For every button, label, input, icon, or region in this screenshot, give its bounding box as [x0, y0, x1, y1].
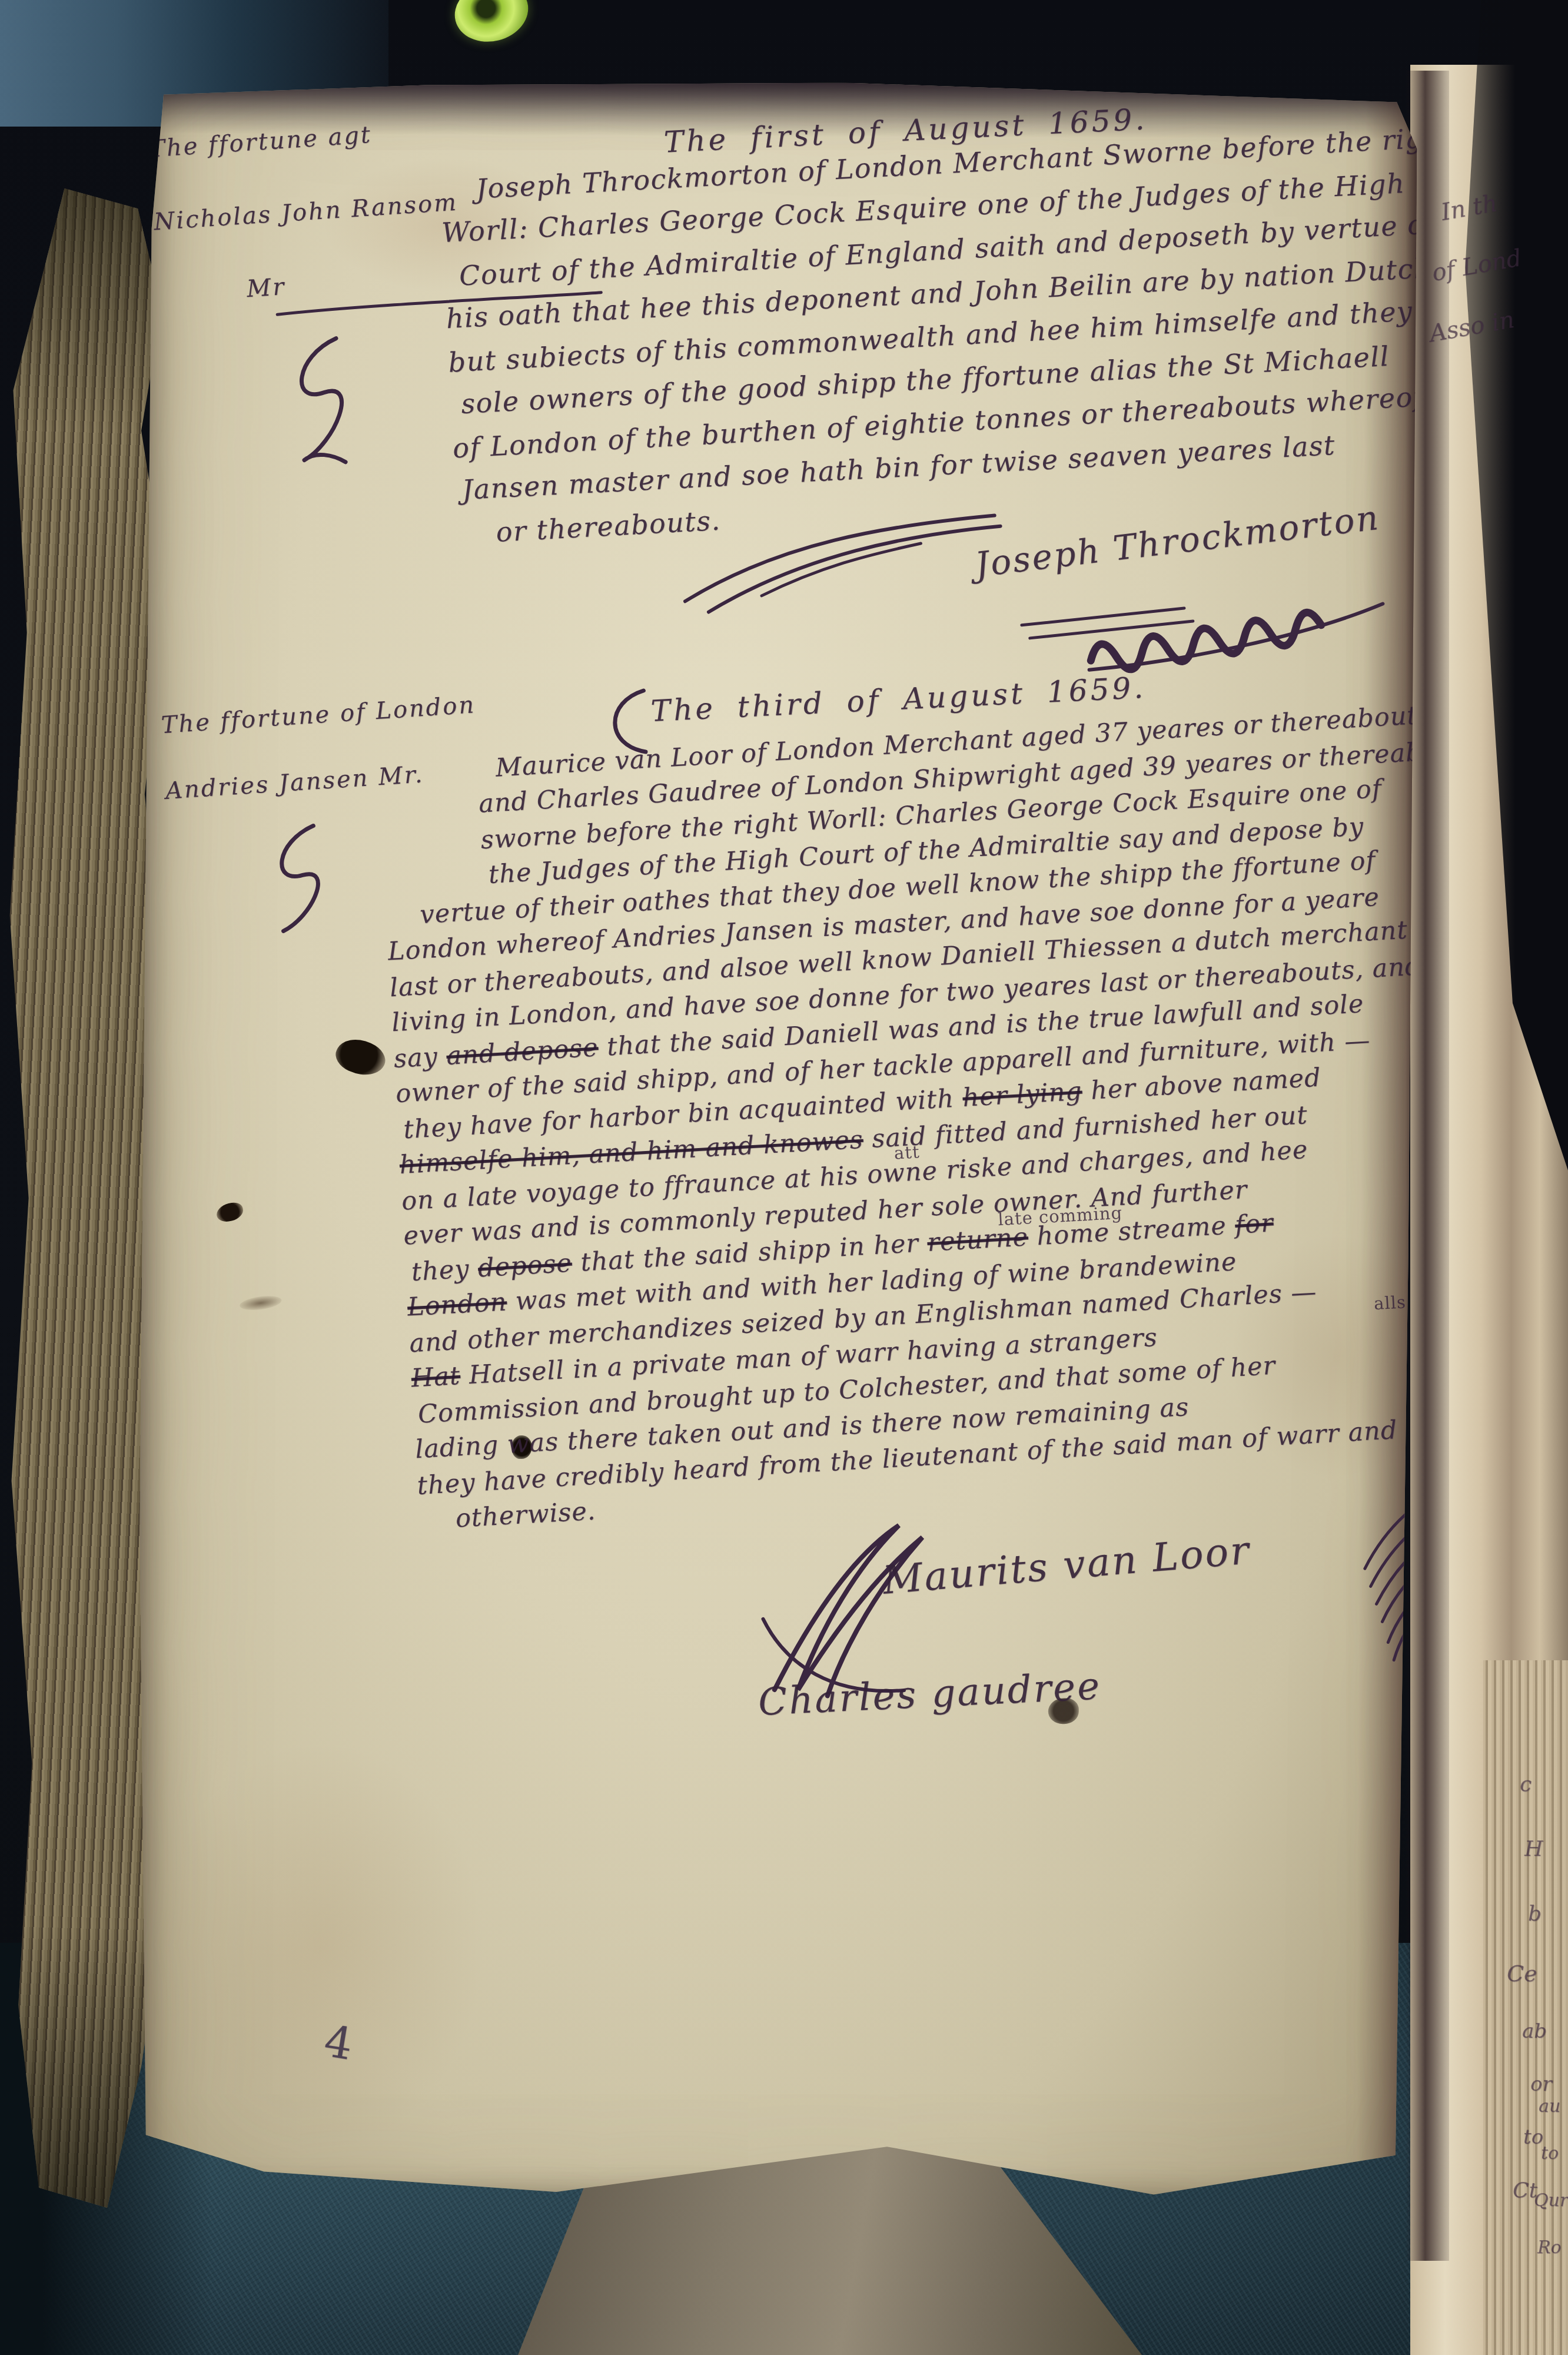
- adjacent-page-edge-fragment: H: [1524, 1837, 1543, 1861]
- entry1-signature-flourish: [673, 507, 1004, 620]
- folio-number: 4: [321, 2016, 356, 2070]
- ink-blot: [331, 1031, 390, 1083]
- green-sticker-dot: [449, 0, 534, 49]
- adjacent-page-bottom-fragment: Qur: [1534, 2190, 1568, 2211]
- signature-scribble: [1079, 590, 1398, 674]
- entry2-body: Maurice van Loor of London Merchant aged…: [377, 701, 1466, 1541]
- ink-smear: [239, 1293, 283, 1312]
- ink-blot-small: [214, 1200, 245, 1225]
- interlinear-insertion: alls: [1373, 1292, 1407, 1314]
- water-stain: [155, 1740, 486, 2153]
- entry2-signature-1: Maurits van Loor: [881, 1527, 1253, 1603]
- adjacent-page-edge-fragment: or: [1530, 2072, 1552, 2096]
- entry1-paraph-flourish: [280, 333, 363, 469]
- adjacent-page-edge-fragment: b: [1528, 1902, 1542, 1926]
- manuscript-page: The ffortune agt Nicholas John Ransom Mr…: [137, 79, 1417, 2210]
- entry2-heading: The third of August 1659.: [650, 671, 1147, 728]
- adjacent-page-edge-fragment: c: [1520, 1772, 1532, 1796]
- gutter-shadow: [1406, 71, 1449, 2261]
- photograph-scene: The ffortune agt Nicholas John Ransom Mr…: [0, 0, 1568, 2355]
- adjacent-page-bottom-fragment: to: [1541, 2143, 1559, 2164]
- adjacent-page-bottom-fragment: Ro: [1537, 2237, 1562, 2258]
- adjacent-page-edge-fragment: ab: [1522, 2019, 1547, 2043]
- entry1-body: Joseph Throckmorton of London Merchant S…: [438, 122, 1458, 560]
- interlinear-insertion: att: [893, 1142, 920, 1163]
- adjacent-page-edge-fragment: Ce: [1507, 1961, 1537, 1986]
- adjacent-page-bottom-fragment: au: [1539, 2096, 1560, 2117]
- entry2-paraph-flourish: [260, 822, 343, 940]
